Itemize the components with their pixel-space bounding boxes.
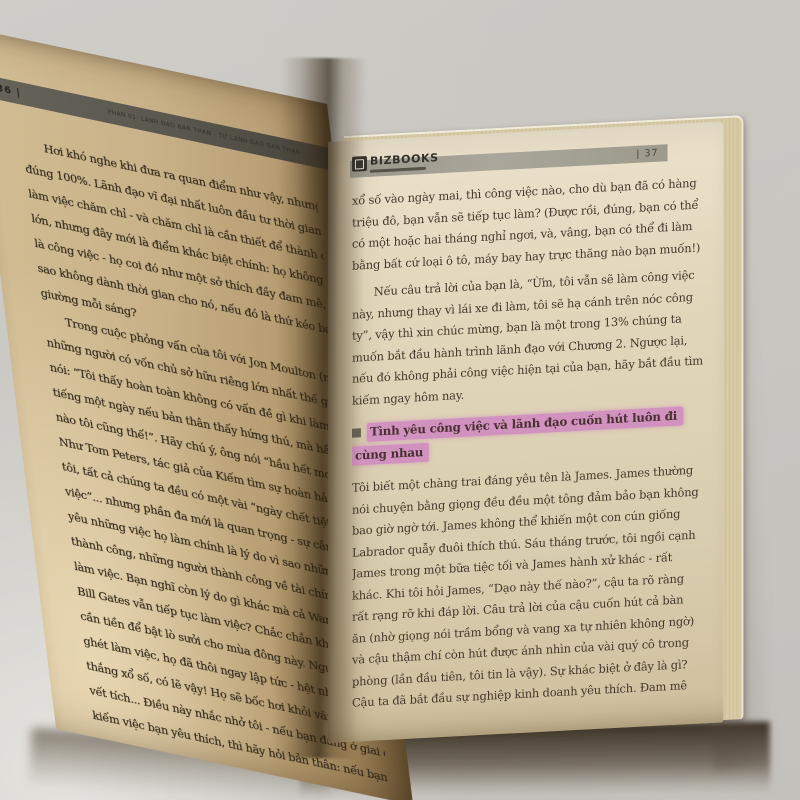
left-page-number: 36 |	[0, 80, 22, 99]
heading-line-2: cùng nhau	[352, 443, 429, 466]
right-running-header-bar: BIZBOOKS | 37	[350, 144, 668, 178]
right-page: BIZBOOKS | 37 xổ số vào ngày mai, thì cô…	[328, 121, 723, 743]
left-running-header-text: PHẦN 01: LÃNH ĐẠO BẢN THÂN - TỰ LÃNH ĐẠO…	[107, 108, 334, 163]
paragraph: Nếu câu trả lời của bạn là, “Ừm, tôi vẫn…	[352, 264, 704, 411]
paragraph: xổ số vào ngày mai, thì công việc nào, c…	[352, 172, 704, 276]
section-bullet-icon	[352, 428, 361, 437]
right-page-body: xổ số vào ngày mai, thì công việc nào, c…	[352, 172, 704, 714]
bizbooks-logo: BIZBOOKS	[352, 152, 439, 174]
paragraph: Tôi biết một chàng trai đáng yêu tên là …	[352, 459, 704, 714]
right-page-number: | 37	[636, 147, 667, 160]
bizbooks-logo-icon	[352, 156, 367, 172]
bizbooks-logo-text: BIZBOOKS	[370, 152, 439, 168]
bizbooks-logo-body: BIZBOOKS	[370, 152, 439, 173]
highlighted-section-heading: Tình yêu công việc và lãnh đạo cuốn hút …	[352, 403, 704, 467]
photo-open-book: 36 | PHẦN 01: LÃNH ĐẠO BẢN THÂN - TỰ LÃN…	[0, 0, 800, 800]
